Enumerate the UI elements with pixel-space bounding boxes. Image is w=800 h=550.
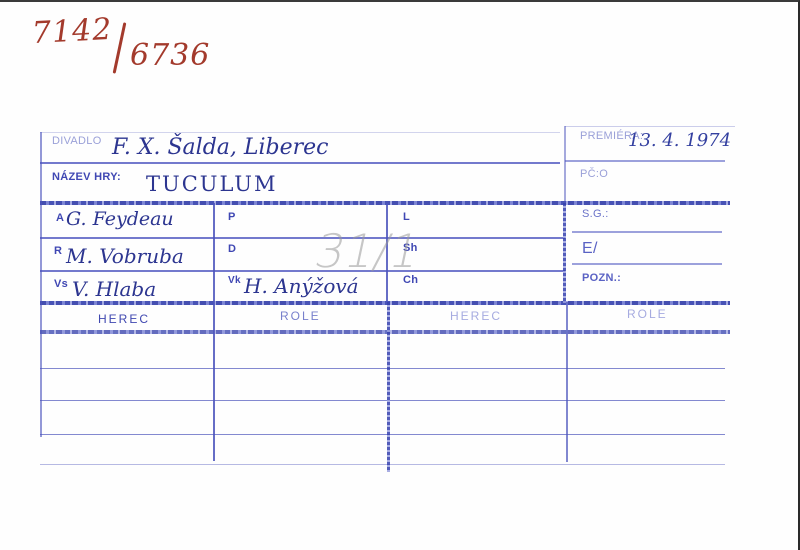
cast-header-role-1: ROLE (280, 309, 321, 323)
cast-header-actor-2: HEREC (450, 309, 502, 323)
header-separator (40, 201, 730, 205)
play-title-value: TUCULUM (146, 172, 277, 196)
play-title-label: NÁZEV HRY: (52, 171, 121, 183)
inventory-separator (113, 22, 127, 73)
theatre-value: F. X. Šalda, Liberec (112, 135, 329, 160)
row-line-1 (40, 237, 565, 239)
director-value: M. Vobruba (66, 244, 184, 268)
column-divider-2-lower (387, 302, 390, 472)
dramaturg-label: D (228, 243, 236, 255)
left-border (40, 132, 42, 437)
premiere-value: 13. 4. 1974 (628, 130, 731, 151)
stage-set-label: L (403, 211, 410, 223)
column-divider-3-upper (563, 203, 566, 303)
count-label: PČ:O (580, 168, 608, 180)
cast-row-line-3 (40, 434, 725, 435)
column-divider-3-lower (566, 302, 568, 462)
column-divider-1 (213, 203, 215, 461)
premiere-top-line (565, 126, 735, 127)
form-top-line (40, 132, 560, 133)
theatre-label: DIVADLO (52, 135, 102, 147)
author-value: G. Feydeau (66, 208, 174, 230)
cast-header-actor-1: HEREC (98, 312, 150, 326)
stage-design-label: Vs (54, 278, 68, 290)
author-label: A (56, 212, 64, 224)
sg-label: S.G.: (582, 208, 609, 220)
cast-row-line-4 (40, 464, 725, 465)
row-line-2 (40, 270, 565, 272)
inventory-number-secondary: 6736 (130, 38, 210, 73)
right-row-line-1 (572, 231, 722, 233)
premiere-row-line (565, 160, 725, 162)
cast-row-line-2 (40, 400, 725, 401)
cast-header-role-2: ROLE (627, 307, 668, 321)
pencil-mark: 31/1 (310, 224, 425, 278)
premiere-divider (564, 126, 566, 202)
director-label: R (54, 245, 62, 257)
cast-header-top (40, 301, 730, 305)
cast-row-line-1 (40, 368, 725, 369)
stage-design-value: V. Hlaba (72, 277, 156, 301)
e-label: E/ (582, 240, 598, 258)
theatre-row-line (40, 162, 560, 164)
inventory-number-primary: 7142 (31, 12, 113, 51)
right-row-line-2 (572, 263, 722, 265)
note-label: POZN.: (582, 272, 621, 284)
cast-header-bottom (40, 330, 730, 334)
translation-label: P (228, 211, 236, 223)
archive-card: 7142 6736 DIVADLO NÁZEV HRY: PREMIÉRA: P (0, 0, 800, 550)
costumes-label: Vk (228, 275, 241, 286)
